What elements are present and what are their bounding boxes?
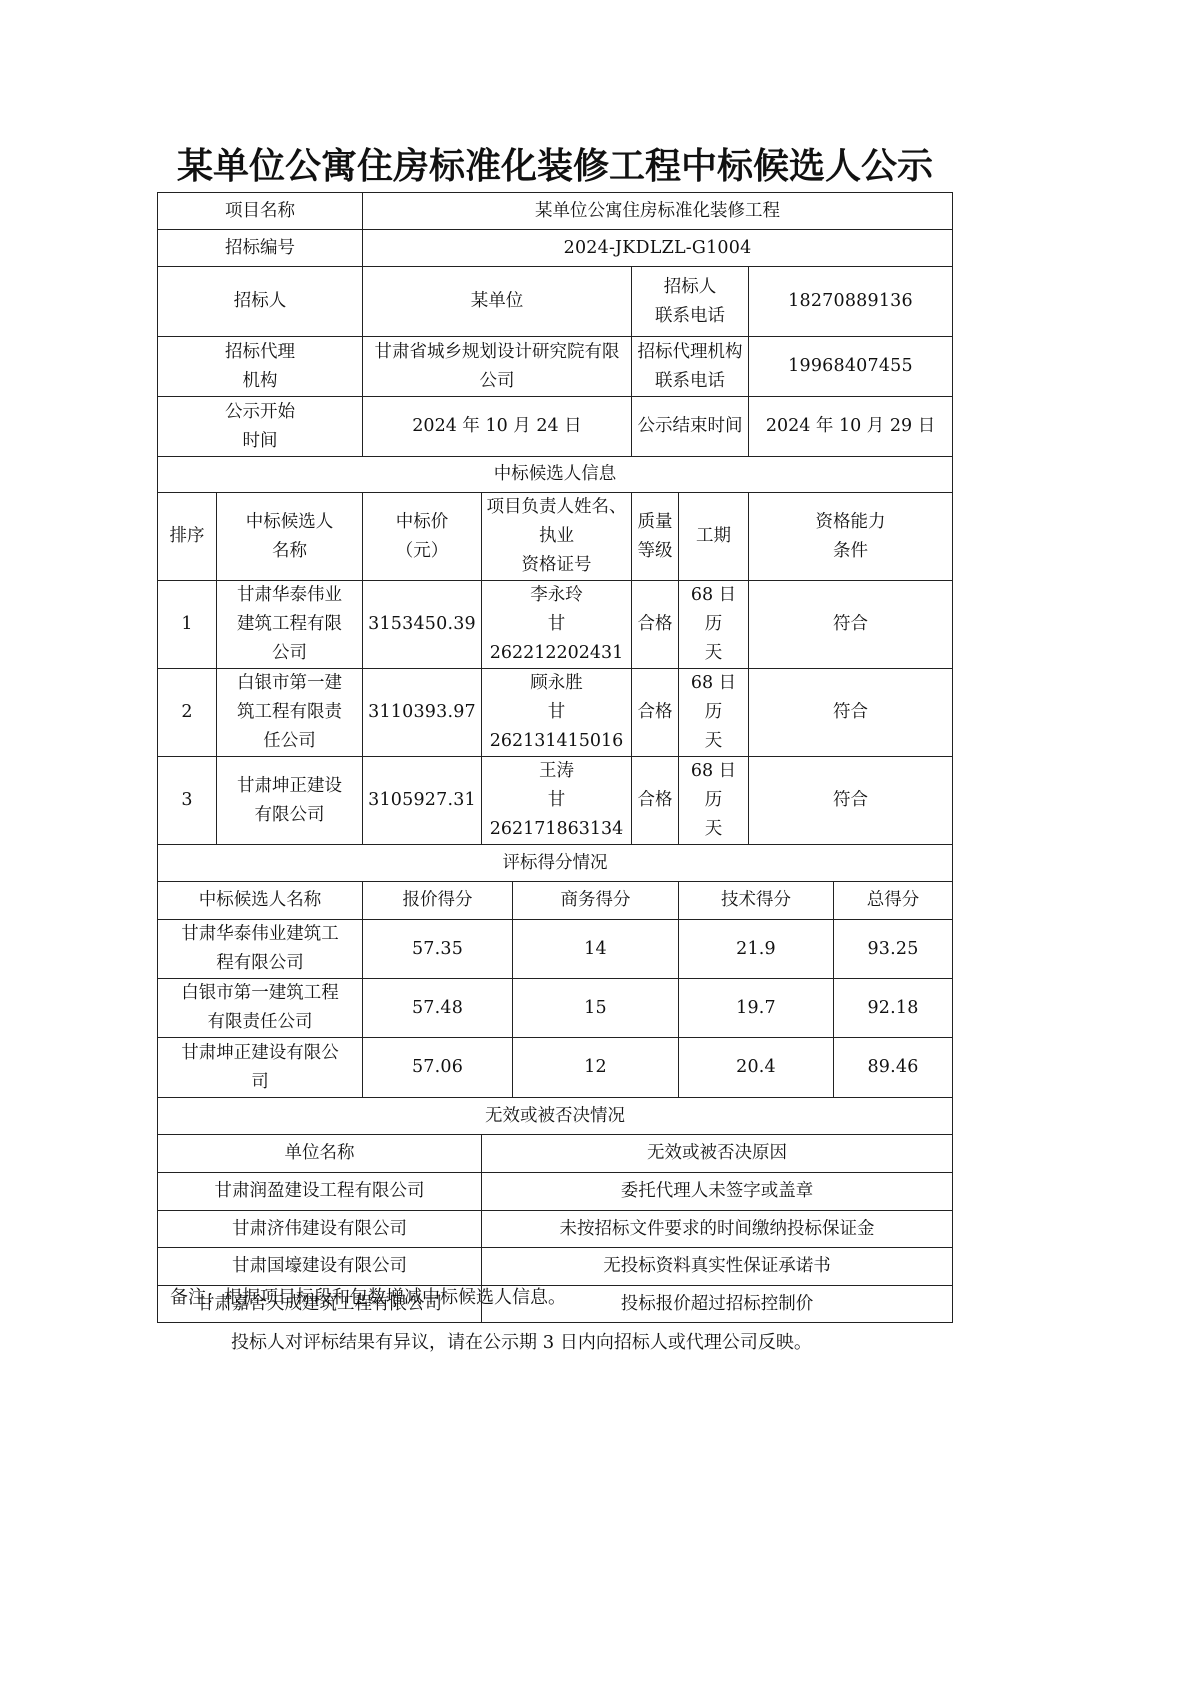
- header-candidate-name-line1: 中标候选人: [221, 508, 358, 537]
- row-agency: 招标代理 机构 甘肃省城乡规划设计研究院有限公司 招标代理机构 联系电话 199…: [158, 337, 953, 397]
- candidate-manager-name: 顾永胜: [486, 669, 627, 698]
- score-candidate-name: 甘肃华泰伟业建筑工 程有限公司: [158, 920, 363, 979]
- candidate-quality: 合格: [632, 757, 679, 845]
- value-tenderer: 某单位: [363, 267, 632, 337]
- score-name-line: 甘肃华泰伟业建筑工: [162, 920, 358, 949]
- candidate-rank: 1: [158, 581, 217, 669]
- score-name-line: 白银市第一建筑工程: [162, 979, 358, 1008]
- invalid-unit: 甘肃济伟建设有限公司: [158, 1211, 482, 1248]
- candidate-name-line: 公司: [221, 639, 358, 668]
- header-duration: 工期: [679, 493, 749, 581]
- candidate-row: 3 甘肃坤正建设 有限公司 3105927.31 王涛 甘 2621718631…: [158, 757, 953, 845]
- label-agency-line2: 机构: [162, 367, 358, 396]
- candidate-manager-name: 王涛: [486, 757, 627, 786]
- candidate-qualification: 符合: [749, 757, 953, 845]
- header-quality: 质量 等级: [632, 493, 679, 581]
- candidate-name-line: 筑工程有限责: [221, 698, 358, 727]
- header-total-score: 总得分: [834, 882, 953, 920]
- label-agency-phone-line2: 联系电话: [636, 367, 744, 396]
- invalid-reason: 委托代理人未签字或盖章: [482, 1173, 953, 1211]
- section-title-scores: 评标得分情况: [158, 845, 953, 882]
- score-row: 甘肃坤正建设有限公 司 57.06 12 20.4 89.46: [158, 1038, 953, 1098]
- score-row: 白银市第一建筑工程 有限责任公司 57.48 15 19.7 92.18: [158, 979, 953, 1038]
- section-title-invalid: 无效或被否决情况: [158, 1098, 953, 1135]
- candidate-row: 1 甘肃华泰伟业 建筑工程有限 公司 3153450.39 李永玲 甘 2622…: [158, 581, 953, 669]
- invalid-unit: 甘肃国壕建设有限公司: [158, 1248, 482, 1286]
- total-score: 89.46: [834, 1038, 953, 1098]
- header-quality-line2: 等级: [636, 537, 674, 566]
- label-start-time-line1: 公示开始: [162, 398, 358, 427]
- label-tenderer-phone-line1: 招标人: [636, 273, 744, 302]
- candidate-rank: 3: [158, 757, 217, 845]
- score-name-line: 程有限公司: [162, 949, 358, 978]
- label-tenderer: 招标人: [158, 267, 363, 337]
- price-score: 57.35: [363, 920, 513, 979]
- row-publicity-period: 公示开始 时间 2024 年 10 月 24 日 公示结束时间 2024 年 1…: [158, 397, 953, 457]
- score-candidate-name: 白银市第一建筑工程 有限责任公司: [158, 979, 363, 1038]
- section-candidates: 中标候选人信息: [158, 457, 953, 493]
- candidate-duration-line2: 天: [683, 815, 744, 844]
- row-tenderer: 招标人 某单位 招标人 联系电话 18270889136: [158, 267, 953, 337]
- candidate-price: 3105927.31: [363, 757, 482, 845]
- candidate-qualification: 符合: [749, 581, 953, 669]
- candidate-name-line: 甘肃坤正建设: [221, 772, 358, 801]
- label-start-time: 公示开始 时间: [158, 397, 363, 457]
- score-name-line: 有限责任公司: [162, 1008, 358, 1037]
- invalid-header-row: 单位名称 无效或被否决原因: [158, 1135, 953, 1173]
- header-bid-price-line2: （元）: [367, 537, 477, 566]
- document-title: 某单位公寓住房标准化装修工程中标候选人公示: [0, 138, 1110, 189]
- candidate-quality: 合格: [632, 581, 679, 669]
- candidate-quality: 合格: [632, 669, 679, 757]
- candidate-rank: 2: [158, 669, 217, 757]
- candidate-duration-line2: 天: [683, 727, 744, 756]
- candidate-duration-line1: 68 日历: [683, 669, 744, 727]
- header-project-manager: 项目负责人姓名、执业 资格证号: [482, 493, 632, 581]
- scores-header-row: 中标候选人名称 报价得分 商务得分 技术得分 总得分: [158, 882, 953, 920]
- header-invalid-reason: 无效或被否决原因: [482, 1135, 953, 1173]
- score-candidate-name: 甘肃坤正建设有限公 司: [158, 1038, 363, 1098]
- technical-score: 21.9: [679, 920, 834, 979]
- invalid-row: 甘肃润盈建设工程有限公司 委托代理人未签字或盖章: [158, 1173, 953, 1211]
- label-agency-phone: 招标代理机构 联系电话: [632, 337, 749, 397]
- header-bid-price-line1: 中标价: [367, 508, 477, 537]
- candidate-price: 3153450.39: [363, 581, 482, 669]
- price-score: 57.48: [363, 979, 513, 1038]
- value-tenderer-phone: 18270889136: [749, 267, 953, 337]
- candidate-manager-cert: 甘 262212202431: [486, 610, 627, 668]
- candidate-duration-line1: 68 日历: [683, 581, 744, 639]
- label-start-time-line2: 时间: [162, 427, 358, 456]
- header-candidate-name-line2: 名称: [221, 537, 358, 566]
- candidate-manager: 顾永胜 甘 262131415016: [482, 669, 632, 757]
- candidate-name-line: 建筑工程有限: [221, 610, 358, 639]
- candidate-name-line: 白银市第一建: [221, 669, 358, 698]
- candidate-name-line: 有限公司: [221, 801, 358, 830]
- candidate-row: 2 白银市第一建 筑工程有限责 任公司 3110393.97 顾永胜 甘 262…: [158, 669, 953, 757]
- header-unit-name: 单位名称: [158, 1135, 482, 1173]
- header-business-score: 商务得分: [513, 882, 679, 920]
- header-qualification-line2: 条件: [753, 537, 948, 566]
- label-agency-phone-line1: 招标代理机构: [636, 338, 744, 367]
- header-candidate-name: 中标候选人 名称: [217, 493, 363, 581]
- score-name-line: 甘肃坤正建设有限公: [162, 1039, 358, 1068]
- value-project-name: 某单位公寓住房标准化装修工程: [363, 193, 953, 230]
- total-score: 93.25: [834, 920, 953, 979]
- candidate-name-line: 甘肃华泰伟业: [221, 581, 358, 610]
- section-invalid: 无效或被否决情况: [158, 1098, 953, 1135]
- candidates-header-row: 排序 中标候选人 名称 中标价 （元） 项目负责人姓名、执业 资格证号 质量 等…: [158, 493, 953, 581]
- technical-score: 19.7: [679, 979, 834, 1038]
- invalid-row: 甘肃国壕建设有限公司 无投标资料真实性保证承诺书: [158, 1248, 953, 1286]
- header-project-manager-line1: 项目负责人姓名、执业: [486, 493, 627, 551]
- section-title-candidates: 中标候选人信息: [158, 457, 953, 493]
- business-score: 14: [513, 920, 679, 979]
- label-tenderer-phone: 招标人 联系电话: [632, 267, 749, 337]
- candidate-manager-cert: 甘 262171863134: [486, 786, 627, 844]
- remark-note: 备注：根据项目标段和包数增减中标候选人信息。: [170, 1283, 566, 1309]
- candidate-name: 甘肃华泰伟业 建筑工程有限 公司: [217, 581, 363, 669]
- announcement-table: 项目名称 某单位公寓住房标准化装修工程 招标编号 2024-JKDLZL-G10…: [157, 192, 953, 1323]
- candidate-price: 3110393.97: [363, 669, 482, 757]
- value-start-time: 2024 年 10 月 24 日: [363, 397, 632, 457]
- label-agency: 招标代理 机构: [158, 337, 363, 397]
- total-score: 92.18: [834, 979, 953, 1038]
- candidate-duration-line1: 68 日历: [683, 757, 744, 815]
- candidate-name: 甘肃坤正建设 有限公司: [217, 757, 363, 845]
- price-score: 57.06: [363, 1038, 513, 1098]
- label-end-time: 公示结束时间: [632, 397, 749, 457]
- invalid-unit: 甘肃润盈建设工程有限公司: [158, 1173, 482, 1211]
- candidate-manager-name: 李永玲: [486, 581, 627, 610]
- value-agency: 甘肃省城乡规划设计研究院有限公司: [363, 337, 632, 397]
- invalid-reason: 未按招标文件要求的时间缴纳投标保证金: [482, 1211, 953, 1248]
- technical-score: 20.4: [679, 1038, 834, 1098]
- score-row: 甘肃华泰伟业建筑工 程有限公司 57.35 14 21.9 93.25: [158, 920, 953, 979]
- business-score: 15: [513, 979, 679, 1038]
- candidate-manager: 李永玲 甘 262212202431: [482, 581, 632, 669]
- header-technical-score: 技术得分: [679, 882, 834, 920]
- label-agency-line1: 招标代理: [162, 338, 358, 367]
- candidate-duration: 68 日历 天: [679, 581, 749, 669]
- header-rank: 排序: [158, 493, 217, 581]
- business-score: 12: [513, 1038, 679, 1098]
- header-score-name: 中标候选人名称: [158, 882, 363, 920]
- invalid-reason: 无投标资料真实性保证承诺书: [482, 1248, 953, 1286]
- candidate-qualification: 符合: [749, 669, 953, 757]
- objection-note: 投标人对评标结果有异议，请在公示期 3 日内向招标人或代理公司反映。: [231, 1328, 812, 1354]
- header-bid-price: 中标价 （元）: [363, 493, 482, 581]
- header-qualification: 资格能力 条件: [749, 493, 953, 581]
- value-tender-code: 2024-JKDLZL-G1004: [363, 230, 953, 267]
- candidate-manager-cert: 甘 262131415016: [486, 698, 627, 756]
- header-project-manager-line2: 资格证号: [486, 551, 627, 580]
- candidate-name: 白银市第一建 筑工程有限责 任公司: [217, 669, 363, 757]
- candidate-duration: 68 日历 天: [679, 669, 749, 757]
- candidate-name-line: 任公司: [221, 727, 358, 756]
- score-name-line: 司: [162, 1068, 358, 1097]
- row-tender-code: 招标编号 2024-JKDLZL-G1004: [158, 230, 953, 267]
- candidate-manager: 王涛 甘 262171863134: [482, 757, 632, 845]
- candidate-duration: 68 日历 天: [679, 757, 749, 845]
- section-scores: 评标得分情况: [158, 845, 953, 882]
- label-tender-code: 招标编号: [158, 230, 363, 267]
- label-tenderer-phone-line2: 联系电话: [636, 302, 744, 331]
- row-project-name: 项目名称 某单位公寓住房标准化装修工程: [158, 193, 953, 230]
- value-agency-phone: 19968407455: [749, 337, 953, 397]
- candidate-duration-line2: 天: [683, 639, 744, 668]
- header-quality-line1: 质量: [636, 508, 674, 537]
- invalid-row: 甘肃济伟建设有限公司 未按招标文件要求的时间缴纳投标保证金: [158, 1211, 953, 1248]
- label-project-name: 项目名称: [158, 193, 363, 230]
- value-end-time: 2024 年 10 月 29 日: [749, 397, 953, 457]
- header-qualification-line1: 资格能力: [753, 508, 948, 537]
- header-price-score: 报价得分: [363, 882, 513, 920]
